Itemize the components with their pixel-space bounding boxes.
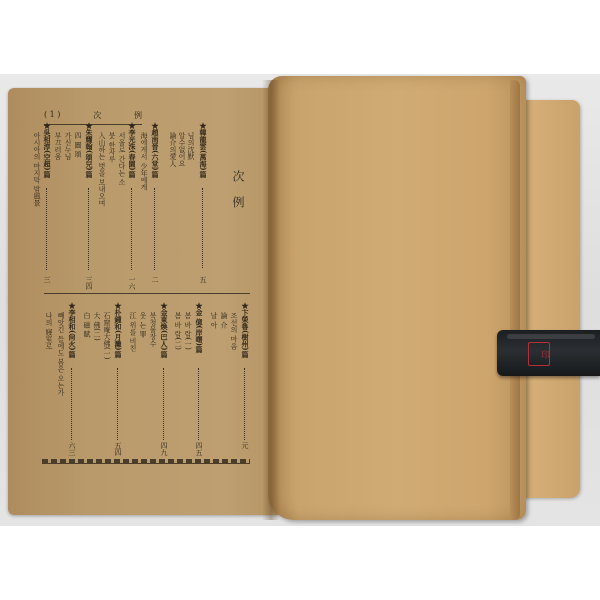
dot-leader: [244, 368, 245, 440]
entry-sub: 조선의 마음: [230, 312, 238, 349]
entry-sub: 아시아의 마지막 밤風景: [33, 132, 41, 206]
toc-entry-top-4: ★吳相淳(空超)篇: [42, 122, 52, 178]
entry-sub: 江 위를 비친: [129, 312, 137, 351]
right-page-edge: [510, 80, 520, 520]
dot-leader: [163, 368, 164, 440]
entry-heading: ★李相和(尙火)篇: [68, 302, 77, 358]
toc-entry-top-3-subs-2: 가신누님: [63, 132, 72, 160]
entry-sub: 大 佛(二): [93, 312, 101, 341]
dot-leader: [154, 188, 155, 270]
book-gutter-shadow: [262, 80, 280, 520]
toc-entry-top-0: ★韓龍雲(萬海)篇: [198, 122, 208, 178]
toc-entry-bottom-2-subs: 북청물장수: [148, 312, 157, 347]
decorative-wave-rule: [42, 459, 250, 464]
entry-heading: ★金東煥(巴人)篇: [160, 302, 169, 358]
entry-sub: 나의 寢室로: [45, 312, 53, 349]
toc-entry-bottom-4-subs-2: 나의 寢室로: [44, 312, 53, 349]
page-number: 四九: [159, 442, 169, 456]
page-number: 元: [240, 442, 250, 449]
toc-entry-bottom-2-subs-2: 웃 는 罪: [138, 312, 147, 337]
entry-sub: 入山하는 벗을 보내오며: [98, 132, 106, 206]
page-number: 四五: [194, 442, 204, 456]
toc-entry-bottom-4: ★李相和(尙火)篇: [67, 302, 77, 358]
toc-entry-bottom-1-subs-2: 봄 바 람(二): [173, 312, 182, 350]
toc-entry-bottom-1: ★金 億(岸曙)篇: [194, 302, 204, 353]
page-number: 二: [150, 276, 160, 283]
entry-heading: ★韓龍雲(萬海)篇: [199, 122, 208, 178]
toc-entry-top-2-subs: 서울로 간다는 소: [117, 132, 126, 185]
dot-leader: [131, 188, 132, 270]
toc-entry-top-4-subs: 아시아의 마지막 밤風景: [32, 132, 41, 206]
page-number: 五: [198, 276, 208, 283]
page-number: 五四: [113, 442, 123, 456]
dot-leader: [88, 188, 89, 270]
dot-leader: [198, 368, 199, 440]
toc-entry-bottom-0-subs-3: 날 아: [209, 312, 218, 328]
entry-heading: ★金 億(岸曙)篇: [195, 302, 204, 353]
section-divider: [44, 293, 250, 294]
toc-entry-bottom-3-subs: 石窟庵大佛(一): [102, 312, 111, 359]
toc-entry-bottom-3: ★朴鍾和(月灘)篇: [113, 302, 123, 358]
entry-sub: 봄 바 람(一): [184, 312, 192, 350]
toc-entry-top-0-subs-3: 論介의愛人: [168, 132, 177, 167]
page-number: 六三: [67, 442, 77, 456]
entry-heading: ★李光洙(春園)篇: [128, 122, 137, 178]
toc-entry-top-3-subs: 四 圖 頌: [73, 132, 82, 157]
toc-entry-top-3: ★朱耀翰(頌兒)篇: [84, 122, 94, 178]
entry-sub: 알수없어요: [178, 132, 186, 167]
red-seal-mark-icon: 印: [528, 342, 550, 366]
entry-heading: ★朱耀翰(頌兒)篇: [85, 122, 94, 178]
toc-entry-bottom-0-subs: 조선의 마음: [229, 312, 238, 349]
toc-entry-bottom-0: ★卞榮魯(樹州)篇: [240, 302, 250, 358]
toc-entry-bottom-3-subs-2: 大 佛(二): [92, 312, 101, 341]
entry-sub: 붓 한자루: [108, 132, 116, 162]
entry-sub: 白 磁 賦: [83, 312, 91, 337]
entry-sub: 님의沈默: [187, 132, 195, 160]
page-number: 三四: [84, 276, 94, 290]
toc-entry-top-2-subs-2: 붓 한자루: [107, 132, 116, 162]
entry-sub: 論 介: [220, 312, 228, 328]
dot-leader: [71, 368, 72, 440]
entry-heading: ★卞榮魯(樹州)篇: [241, 302, 250, 358]
entry-sub: 날 아: [210, 312, 218, 328]
toc-entry-top-0-subs-2: 알수없어요: [177, 132, 186, 167]
seal-stamp-object: 印: [497, 330, 600, 376]
dot-leader: [46, 188, 47, 270]
page-title: 次例: [229, 170, 247, 222]
toc-entry-bottom-1-subs: 봄 바 람(一): [183, 312, 192, 350]
toc-entry-top-2: ★李光洙(春園)篇: [127, 122, 137, 178]
entry-sub: 論介의愛人: [169, 132, 177, 167]
entry-sub: 북청물장수: [149, 312, 157, 347]
entry-sub: 石窟庵大佛(一): [103, 312, 111, 359]
right-page-blank: [268, 76, 526, 520]
toc-entry-top-2-subs-3: 入山하는 벗을 보내오며: [97, 132, 106, 206]
toc-entry-bottom-2: ★金東煥(巴人)篇: [159, 302, 169, 358]
page-number: 一六: [127, 276, 137, 290]
entry-heading: ★趙南晉(六堂)篇: [151, 122, 160, 178]
toc-entry-bottom-3-subs-3: 白 磁 賦: [82, 312, 91, 337]
page-number: 三: [42, 276, 52, 283]
toc-entry-bottom-4-subs: 빼앗긴 들에도 봄은 오는가: [56, 312, 65, 396]
dot-leader: [202, 188, 203, 268]
toc-entry-top-0-subs: 님의沈默: [186, 132, 195, 160]
entry-sub: 빼앗긴 들에도 봄은 오는가: [57, 312, 65, 396]
stamp-highlight: [507, 334, 595, 339]
entry-sub: 웃 는 罪: [139, 312, 147, 337]
toc-entry-bottom-2-subs-3: 江 위를 비친: [128, 312, 137, 351]
entry-sub: 海에게서 少年에게: [140, 132, 148, 190]
entry-sub: 서울로 간다는 소: [118, 132, 126, 185]
toc-entry-top-1: ★趙南晉(六堂)篇: [150, 122, 160, 178]
entry-sub: 四 圖 頌: [74, 132, 82, 157]
entry-sub: 가신누님: [64, 132, 72, 160]
dot-leader: [117, 368, 118, 440]
entry-heading: ★吳相淳(空超)篇: [43, 122, 52, 178]
entry-sub: 부끄러움: [54, 132, 62, 160]
running-head-left-char: 次: [93, 110, 101, 124]
toc-entry-bottom-0-subs-2: 論 介: [219, 312, 228, 328]
toc-entry-top-1-subs: 海에게서 少年에게: [139, 132, 148, 190]
entry-sub: 봄 바 람(二): [174, 312, 182, 350]
toc-entry-top-3-subs-3: 부끄러움: [53, 132, 62, 160]
entry-heading: ★朴鍾和(月灘)篇: [114, 302, 123, 358]
